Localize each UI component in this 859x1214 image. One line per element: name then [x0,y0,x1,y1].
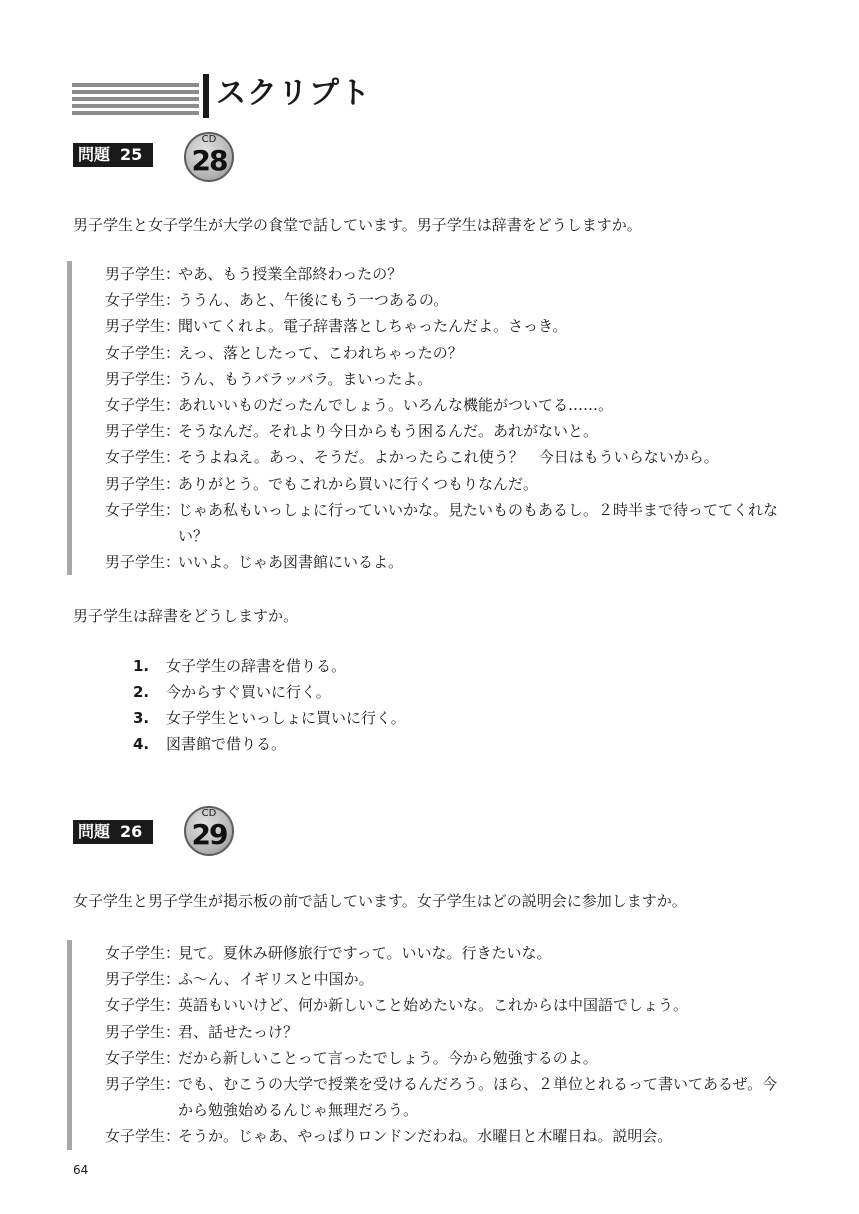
cd-track-badge-28: CD 28 [184,132,234,182]
speaker: 男子学生： [105,1019,178,1045]
speech: でも、むこうの大学で授業を受けるんだろう。ほら、２単位とれるって書いてあるぜ。今… [178,1071,783,1123]
speech: じゃあ私もいっしょに行っていいかな。見たいものもあるし。２時半まで待っててくれな… [178,497,783,549]
dialogue-line: 女子学生：あれいいものだったんでしょう。いろんな機能がついてる……。 [105,392,783,418]
speech: 見て。夏休み研修旅行ですって。いいな。行きたいな。 [178,940,783,966]
speaker: 男子学生： [105,366,178,392]
dialogue-line: 女子学生：えっ、落としたって、こわれちゃったの？ [105,340,783,366]
dialogue-line: 男子学生：ふ～ん、イギリスと中国か。 [105,966,783,992]
choice-item: 1.女子学生の辞書を借りる。 [133,653,406,679]
problem-25-question: 男子学生は辞書をどうしますか。 [73,606,298,626]
problem-label-prefix: 問題 [78,822,110,841]
problem-label-prefix: 問題 [78,145,110,164]
speech: 聞いてくれよ。電子辞書落としちゃったんだよ。さっき。 [178,313,783,339]
speech: ありがとう。でもこれから買いに行くつもりなんだ。 [178,471,783,497]
dialogue-line: 女子学生：そうか。じゃあ、やっぱりロンドンだわね。水曜日と木曜日ね。説明会。 [105,1123,783,1149]
speech: うん、もうバラッバラ。まいったよ。 [178,366,783,392]
speech: ううん、あと、午後にもう一つあるの。 [178,287,783,313]
speaker: 男子学生： [105,966,178,992]
cd-track-number: 29 [186,818,232,852]
choice-number: 1. [133,653,166,679]
choice-text: 図書館で借りる。 [166,731,286,757]
speaker: 男子学生： [105,471,178,497]
speaker: 女子学生： [105,340,178,366]
speech: あれいいものだったんでしょう。いろんな機能がついてる……。 [178,392,783,418]
dialogue-line: 男子学生：君、話せたっけ？ [105,1019,783,1045]
speaker: 男子学生： [105,418,178,444]
cd-track-number: 28 [186,144,232,178]
problem-label-26: 問題26 [73,820,153,844]
header-stripes-decoration [72,83,199,118]
choice-text: 女子学生といっしょに買いに行く。 [166,705,406,731]
speaker: 男子学生： [105,1071,178,1123]
speaker: 男子学生： [105,313,178,339]
problem-label-25: 問題25 [73,143,153,167]
problem-25-intro: 男子学生と女子学生が大学の食堂で話しています。男子学生は辞書をどうしますか。 [73,215,642,235]
speaker: 男子学生： [105,261,178,287]
speech: えっ、落としたって、こわれちゃったの？ [178,340,783,366]
choice-item: 4.図書館で借りる。 [133,731,406,757]
dialogue-line: 女子学生：英語もいいけど、何か新しいこと始めたいな。これからは中国語でしょう。 [105,992,783,1018]
page-title: スクリプト [216,74,371,114]
title-bar-decoration [203,74,209,118]
speech: やあ、もう授業全部終わったの？ [178,261,783,287]
dialogue-line: 女子学生：そうよねえ。あっ、そうだ。よかったらこれ使う？ 今日はもういらないから… [105,444,783,470]
problem-25-dialogue: 男子学生：やあ、もう授業全部終わったの？ 女子学生：ううん、あと、午後にもう一つ… [67,261,783,575]
speech: そうよねえ。あっ、そうだ。よかったらこれ使う？ 今日はもういらないから。 [178,444,783,470]
speaker: 女子学生： [105,992,178,1018]
problem-label-number: 25 [120,145,142,164]
dialogue-line: 女子学生：見て。夏休み研修旅行ですって。いいな。行きたいな。 [105,940,783,966]
speaker: 女子学生： [105,1123,178,1149]
speaker: 女子学生： [105,444,178,470]
problem-26-dialogue: 女子学生：見て。夏休み研修旅行ですって。いいな。行きたいな。 男子学生：ふ～ん、… [67,940,783,1150]
speech: そうか。じゃあ、やっぱりロンドンだわね。水曜日と木曜日ね。説明会。 [178,1123,783,1149]
speech: いいよ。じゃあ図書館にいるよ。 [178,549,783,575]
speech: 英語もいいけど、何か新しいこと始めたいな。これからは中国語でしょう。 [178,992,783,1018]
speech: そうなんだ。それより今日からもう困るんだ。あれがないと。 [178,418,783,444]
speaker: 女子学生： [105,497,178,549]
choice-number: 4. [133,731,166,757]
speaker: 女子学生： [105,940,178,966]
dialogue-line: 女子学生：だから新しいことって言ったでしょう。今から勉強するのよ。 [105,1045,783,1071]
cd-track-badge-29: CD 29 [184,806,234,856]
speaker: 女子学生： [105,287,178,313]
speaker: 女子学生： [105,1045,178,1071]
speech: だから新しいことって言ったでしょう。今から勉強するのよ。 [178,1045,783,1071]
dialogue-line: 男子学生：うん、もうバラッバラ。まいったよ。 [105,366,783,392]
dialogue-line: 男子学生：ありがとう。でもこれから買いに行くつもりなんだ。 [105,471,783,497]
problem-label-number: 26 [120,822,142,841]
problem-25-choices: 1.女子学生の辞書を借りる。 2.今からすぐ買いに行く。 3.女子学生といっしょ… [133,653,406,757]
choice-item: 2.今からすぐ買いに行く。 [133,679,406,705]
dialogue-line: 女子学生：じゃあ私もいっしょに行っていいかな。見たいものもあるし。２時半まで待っ… [105,497,783,549]
speech: ふ～ん、イギリスと中国か。 [178,966,783,992]
problem-26-intro: 女子学生と男子学生が掲示板の前で話しています。女子学生はどの説明会に参加しますか… [73,891,687,911]
speech: 君、話せたっけ？ [178,1019,783,1045]
speaker: 男子学生： [105,549,178,575]
dialogue-line: 男子学生：でも、むこうの大学で授業を受けるんだろう。ほら、２単位とれるって書いて… [105,1071,783,1123]
dialogue-line: 女子学生：ううん、あと、午後にもう一つあるの。 [105,287,783,313]
choice-item: 3.女子学生といっしょに買いに行く。 [133,705,406,731]
choice-text: 女子学生の辞書を借りる。 [166,653,346,679]
dialogue-line: 男子学生：聞いてくれよ。電子辞書落としちゃったんだよ。さっき。 [105,313,783,339]
choice-text: 今からすぐ買いに行く。 [166,679,331,705]
dialogue-line: 男子学生：そうなんだ。それより今日からもう困るんだ。あれがないと。 [105,418,783,444]
speaker: 女子学生： [105,392,178,418]
choice-number: 2. [133,679,166,705]
dialogue-line: 男子学生：いいよ。じゃあ図書館にいるよ。 [105,549,783,575]
choice-number: 3. [133,705,166,731]
page-number: 64 [73,1163,88,1177]
dialogue-line: 男子学生：やあ、もう授業全部終わったの？ [105,261,783,287]
